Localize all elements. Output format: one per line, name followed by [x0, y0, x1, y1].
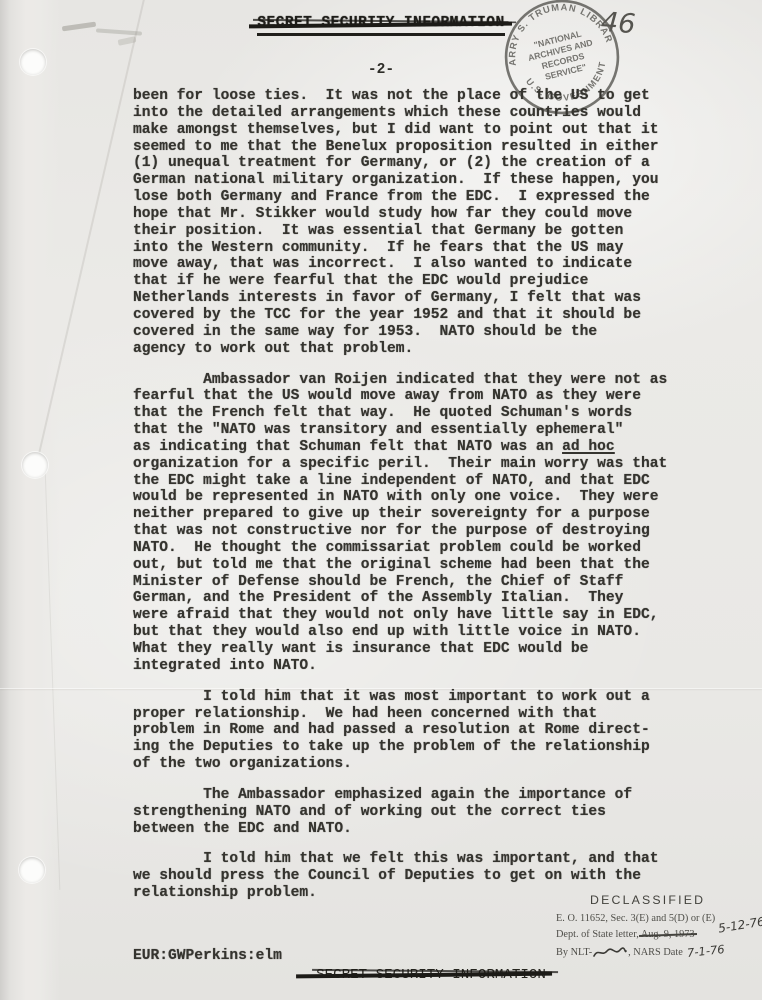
- classification-header-text: SECRET SECURITY INFORMATION: [257, 15, 504, 36]
- drafter-identifier: EUR:GWPerkins:elm: [133, 948, 282, 964]
- paragraph: Ambassador van Roijen indicated that the…: [133, 372, 678, 675]
- declassified-letter-prefix: Dept. of State letter,: [556, 929, 641, 940]
- document-body: been for loose ties. It was not the plac…: [133, 88, 678, 916]
- paragraph: been for loose ties. It was not the plac…: [133, 88, 678, 358]
- page-number: -2-: [0, 62, 762, 78]
- classification-footer-text: SECRET SECURITY INFORMATION: [316, 967, 546, 983]
- struck-date: Aug. 9, 1973: [641, 929, 695, 940]
- scanned-document-page: SECRET SECURITY INFORMATION 46 HARRY S. …: [0, 0, 762, 1000]
- classification-header: SECRET SECURITY INFORMATION: [0, 13, 762, 36]
- declassified-title: DECLASSIFIED: [590, 892, 761, 908]
- handwritten-nars-date: 7-1-76: [687, 941, 726, 961]
- declassified-stamp: DECLASSIFIED E. O. 11652, Sec. 3(E) and …: [556, 892, 761, 961]
- declassified-by-prefix: By NLT-: [556, 947, 592, 958]
- declassified-nars-label: , NARS Date: [628, 947, 683, 958]
- paragraph: I told him that it was most important to…: [133, 689, 678, 773]
- paper-crease: [45, 470, 61, 890]
- punch-hole: [22, 452, 48, 478]
- classification-footer: SECRET SECURITY INFORMATION: [316, 965, 546, 983]
- handwritten-initials-squiggle: [593, 946, 627, 959]
- punch-hole: [19, 857, 45, 883]
- declassified-letter-line: Dept. of State letter, Aug. 9, 1973 5-12…: [556, 927, 761, 943]
- declassified-by-line: By NLT-, NARS Date 7-1-76: [556, 943, 761, 961]
- paragraph: The Ambassador emphasized again the impo…: [133, 787, 678, 838]
